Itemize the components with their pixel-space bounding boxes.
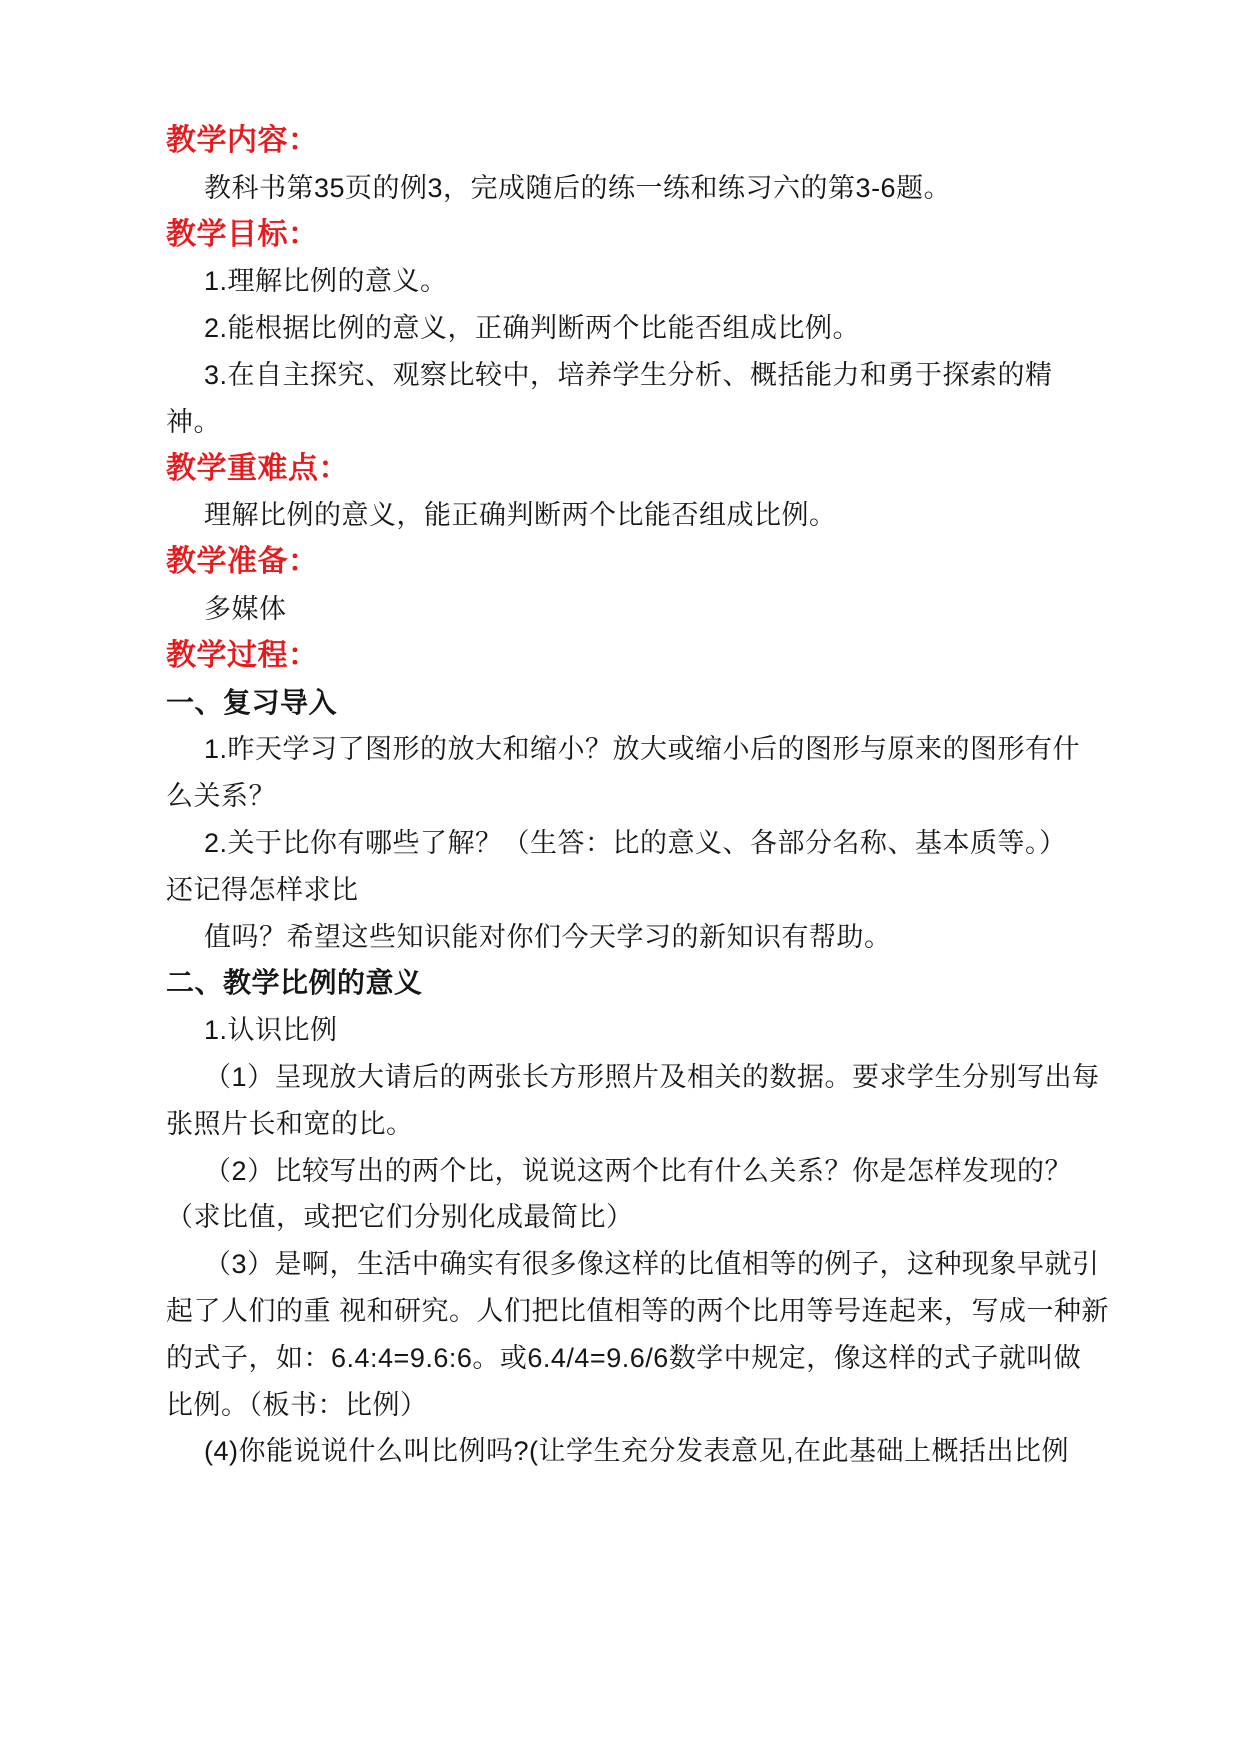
section-2-meaning-of-proportion: 二、教学比例的意义 <box>166 960 1091 1007</box>
objective-2: 2.能根据比例的意义，正确判断两个比能否组成比例。 <box>166 305 1091 352</box>
review-q1-line-1: 1.昨天学习了图形的放大和缩小？放大或缩小后的图形与原来的图形有什 <box>166 726 1091 773</box>
review-q2-line-3: 值吗？希望这些知识能对你们今天学习的新知识有帮助。 <box>166 914 1091 961</box>
review-q1-line-2: 么关系？ <box>166 773 1091 820</box>
objective-3-line-1: 3.在自主探究、观察比较中，培养学生分析、概括能力和勇于探索的精 <box>166 352 1091 399</box>
step-3-line-2: 起了人们的重 视和研究。人们把比值相等的两个比用等号连起来，写成一种新 <box>166 1288 1091 1335</box>
heading-teaching-process: 教学过程： <box>166 633 1091 680</box>
review-q2-line-1: 2.关于比你有哪些了解？（生答：比的意义、各部分名称、基本质等。） <box>166 820 1091 867</box>
step-2-line-2: （求比值，或把它们分别化成最简比） <box>166 1194 1091 1241</box>
step-3-line-1: （3）是啊，生活中确实有很多像这样的比值相等的例子，这种现象早就引 <box>166 1241 1091 1288</box>
heading-key-difficulties: 教学重难点： <box>166 446 1091 493</box>
heading-teaching-content: 教学内容： <box>166 118 1091 165</box>
lesson-plan-page: 教学内容： 教科书第35页的例3，完成随后的练一练和练习六的第3-6题。 教学目… <box>0 0 1241 1754</box>
para-key-difficulties: 理解比例的意义，能正确判断两个比能否组成比例。 <box>166 492 1091 539</box>
step-3-line-4: 比例。（板书：比例） <box>166 1382 1091 1429</box>
step-4-line-1: (4)你能说说什么叫比例吗?(让学生充分发表意见,在此基础上概括出比例 <box>166 1428 1091 1475</box>
section-1-review-intro: 一、复习导入 <box>166 680 1091 727</box>
objective-3-line-2: 神。 <box>166 399 1091 446</box>
step-3-line-3: 的式子，如：6.4:4=9.6:6。或6.4/4=9.6/6数学中规定，像这样的… <box>166 1335 1091 1382</box>
para-preparation-multimedia: 多媒体 <box>166 586 1091 633</box>
heading-teaching-objectives: 教学目标： <box>166 212 1091 259</box>
step-2-line-1: （2）比较写出的两个比，说说这两个比有什么关系？你是怎样发现的？ <box>166 1148 1091 1195</box>
objective-1: 1.理解比例的意义。 <box>166 258 1091 305</box>
para-textbook-reference: 教科书第35页的例3，完成随后的练一练和练习六的第3-6题。 <box>166 165 1091 212</box>
step-1-line-1: （1）呈现放大请后的两张长方形照片及相关的数据。要求学生分别写出每 <box>166 1054 1091 1101</box>
step-1-line-2: 张照片长和宽的比。 <box>166 1101 1091 1148</box>
step-recognize-proportion: 1.认识比例 <box>166 1007 1091 1054</box>
heading-teaching-preparation: 教学准备： <box>166 539 1091 586</box>
review-q2-line-2: 还记得怎样求比 <box>166 867 1091 914</box>
